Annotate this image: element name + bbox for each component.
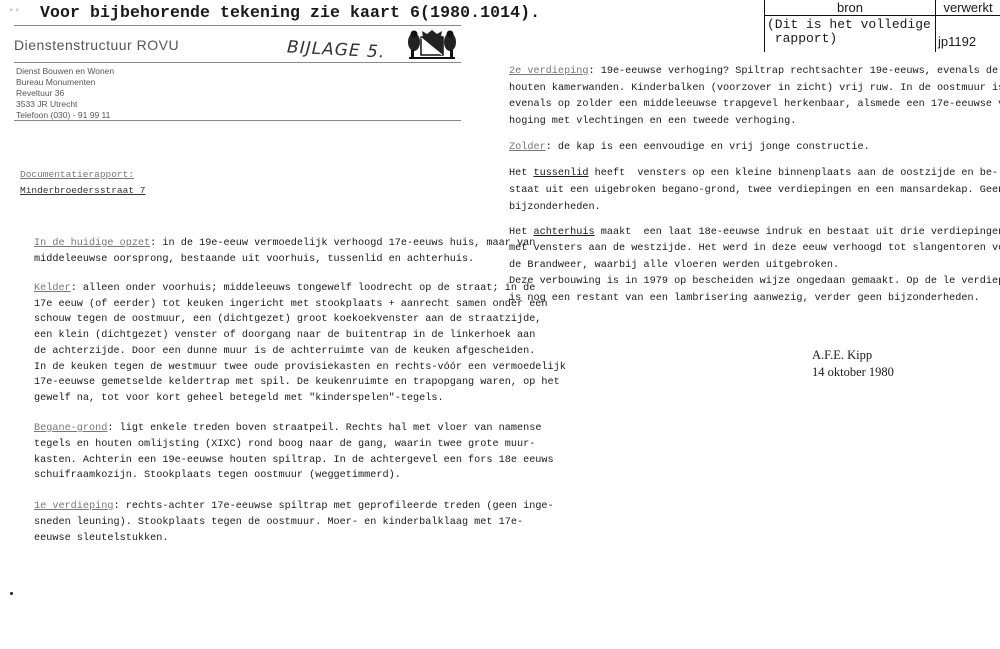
paragraph-huidige-opzet: In de huidige opzet: in de 19e-eeuw verm…: [34, 236, 535, 268]
bron-line: rapport): [767, 32, 933, 46]
text-line: 17e-eeuwse gemetselde keldertrap met spi…: [34, 375, 566, 391]
text-line: : 19e-eeuwse verhoging? Spiltrap rechtsa…: [588, 66, 998, 77]
text-prefix: Het: [509, 168, 533, 179]
header-rule-bottom: [14, 120, 461, 121]
text-line: hoging met vlechtingen en een tweede ver…: [509, 114, 1000, 131]
coat-of-arms-icon: [407, 28, 457, 63]
text-line: bijzonderheden.: [509, 199, 1000, 216]
paragraph-begane-grond: Begane-grond: ligt enkele treden boven s…: [34, 421, 554, 484]
text-line: eeuwse sleutelstukken.: [34, 531, 554, 547]
handwritten-annotation: BIJLAGE 5.: [287, 37, 386, 62]
text-line: gewelf na, tot voor kort geheel betegeld…: [34, 391, 566, 407]
text-line: heeft vensters op een kleine binnenplaat…: [589, 168, 999, 179]
text-line: sneden leuning). Stookplaats tegen de oo…: [34, 515, 554, 531]
text-line: : in de 19e-eeuw vermoedelijk verhoogd 1…: [150, 238, 535, 249]
scan-artifact: ▪▪: [8, 6, 34, 16]
bron-line: (Dit is het volledige: [767, 18, 933, 32]
text-line: schouw tegen de oostmuur, een (dichtgeze…: [34, 312, 566, 328]
section-label: Begane-grond: [34, 423, 107, 434]
text-line: tegels en houten omlijsting (XIXC) rond …: [34, 437, 554, 453]
text-prefix: Het: [509, 227, 533, 238]
text-line: evenals op zolder een middeleeuwse trapg…: [509, 97, 1000, 114]
paragraph-zolder: Zolder: de kap is een eenvoudige en vrij…: [509, 140, 870, 156]
paragraph-1e-verdieping: 1e verdieping: rechts-achter 17e-eeuwse …: [34, 499, 554, 546]
bron-cell: (Dit is het volledige rapport): [765, 16, 936, 53]
text-line: : alleen onder voorhuis; middeleeuws ton…: [71, 283, 536, 294]
address-line: Reveltuur 36: [16, 88, 114, 99]
column-header-bron: bron: [765, 0, 936, 16]
verwerkt-cell: jp1192: [936, 16, 1000, 53]
text-line: 17e eeuw (of eerder) tot keuken ingerich…: [34, 297, 566, 313]
address-line: 3533 JR Utrecht: [16, 99, 114, 110]
section-label: tussenlid: [533, 168, 588, 179]
source-table: bron verwerkt (Dit is het volledige rapp…: [764, 0, 1000, 52]
address-line: Dienst Bouwen en Wonen: [16, 66, 114, 77]
paragraph-tussenlid: Het tussenlid heeft vensters op een klei…: [509, 165, 1000, 216]
column-header-verwerkt: verwerkt: [936, 0, 1000, 16]
text-line: houten kamerwanden. Kinderbalken (voorzo…: [509, 81, 1000, 98]
organization-name: Dienstenstructuur ROVU: [14, 37, 179, 53]
drawing-reference-note: Voor bijbehorende tekening zie kaart 6(1…: [40, 3, 540, 22]
report-date: 14 oktober 1980: [812, 364, 894, 381]
header-rule-top: [14, 25, 461, 26]
text-line: staat uit een uigebroken begano-grond, t…: [509, 182, 1000, 199]
address-line: Bureau Monumenten: [16, 77, 114, 88]
section-label: 2e verdieping: [509, 66, 588, 77]
text-line: maakt een laat 18e-eeuwse indruk en best…: [595, 227, 1000, 238]
text-line: een klein (dichtgezet) venster of doorga…: [34, 328, 566, 344]
text-line: : ligt enkele treden boven straatpeil. R…: [107, 423, 541, 434]
section-label: In de huidige opzet: [34, 238, 150, 249]
text-line: kasten. Achterin een 19e-eeuwse houten s…: [34, 453, 554, 469]
text-line: met vensters aan de westzijde. Het werd …: [509, 241, 1000, 257]
paragraph-kelder: Kelder: alleen onder voorhuis; middeleeu…: [34, 281, 566, 407]
paragraph-2e-verdieping: 2e verdieping: 19e-eeuwse verhoging? Spi…: [509, 64, 1000, 130]
scan-speck: [10, 592, 13, 595]
text-line: : rechts-achter 17e-eeuwse spiltrap met …: [113, 501, 553, 512]
text-line: de Brandweer, waarbij alle vloeren werde…: [509, 258, 1000, 274]
section-label: 1e verdieping: [34, 501, 113, 512]
text-line: middeleeuwse oorsprong, bestaande uit vo…: [34, 252, 535, 268]
text-line: Deze verbouwing is in 1979 op bescheiden…: [509, 274, 1000, 290]
sender-address: Dienst Bouwen en Wonen Bureau Monumenten…: [16, 66, 114, 121]
text-line: : de kap is een eenvoudige en vrij jonge…: [546, 142, 870, 153]
signature-block: A.F.E. Kipp 14 oktober 1980: [812, 347, 894, 381]
section-label: Kelder: [34, 283, 71, 294]
author-name: A.F.E. Kipp: [812, 347, 894, 364]
text-line: In de keuken tegen de westmuur twee oude…: [34, 360, 566, 376]
header-rule-middle: [14, 62, 461, 63]
section-label: Zolder: [509, 142, 546, 153]
section-label: achterhuis: [533, 227, 594, 238]
report-subject: Minderbroedersstraat 7: [20, 183, 145, 199]
text-line: is nog een restant van een lambrisering …: [509, 291, 1000, 307]
text-line: schuifraamkozijn. Stookplaats tegen oost…: [34, 468, 554, 484]
report-heading: Documentatierapport:: [20, 167, 134, 183]
paragraph-achterhuis: Het achterhuis maakt een laat 18e-eeuwse…: [509, 225, 1000, 307]
text-line: de achterzijde. Door een dunne muur is d…: [34, 344, 566, 360]
